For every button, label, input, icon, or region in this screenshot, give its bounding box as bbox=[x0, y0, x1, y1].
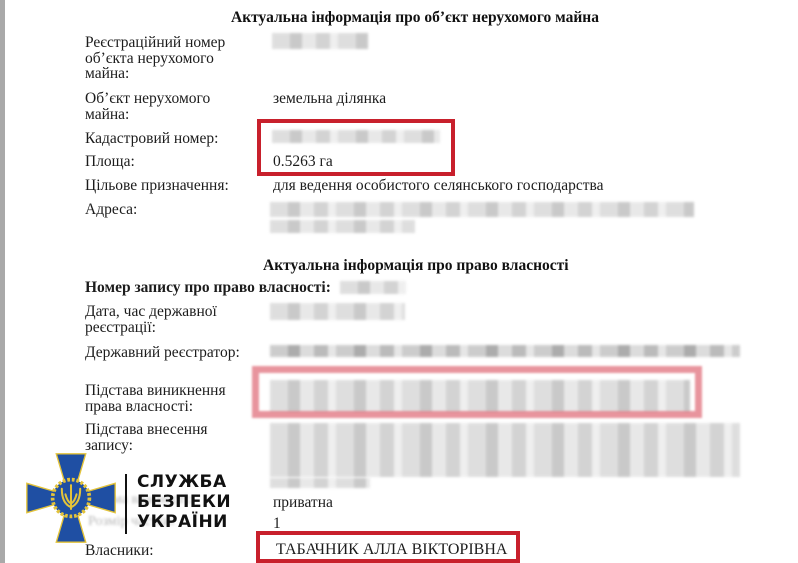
label-cadastral-number: Кадастровий номер: bbox=[85, 131, 218, 146]
value-owner: ТАБАЧНИК АЛЛА ВІКТОРІВНА bbox=[276, 542, 507, 557]
label-record-number: Номер запису про право власності: bbox=[85, 280, 331, 295]
entry-basis-redacted-tail bbox=[270, 478, 370, 488]
entry-basis-redacted bbox=[270, 423, 740, 477]
value-share-size: 1 bbox=[273, 516, 281, 531]
value-ownership-form: приватна bbox=[273, 495, 333, 510]
address-redacted-line1 bbox=[270, 202, 694, 217]
label-purpose: Цільове призначення: bbox=[85, 178, 229, 193]
label-ownership-basis: Підстава виникнення права власності: bbox=[85, 383, 255, 414]
label-registrar: Державний реєстратор: bbox=[85, 345, 240, 360]
label-property-object: Об’єкт нерухомого майна: bbox=[85, 91, 255, 122]
label-registration-number: Реєстраційний номер об’єкта нерухомого м… bbox=[85, 35, 255, 82]
registration-date-redacted bbox=[270, 303, 405, 320]
page-left-border bbox=[0, 0, 5, 563]
registration-number-redacted bbox=[272, 33, 368, 49]
value-purpose: для ведення особистого селянського госпо… bbox=[273, 178, 604, 193]
label-address: Адреса: bbox=[85, 202, 137, 217]
registrar-redacted bbox=[270, 345, 740, 357]
value-property-object: земельна ділянка bbox=[273, 91, 386, 106]
logo-divider bbox=[125, 474, 127, 534]
label-registration-date: Дата, час державної реєстрації: bbox=[85, 304, 255, 335]
logo-line-2: БЕЗПЕКИ bbox=[137, 492, 231, 512]
highlight-cadastral-area bbox=[257, 119, 455, 176]
logo-text: СЛУЖБА БЕЗПЕКИ УКРАЇНИ bbox=[137, 472, 231, 532]
logo-line-1: СЛУЖБА bbox=[137, 472, 231, 492]
sbu-logo: СЛУЖБА БЕЗПЕКИ УКРАЇНИ bbox=[25, 452, 235, 557]
ownership-section-heading: Актуальна інформація про право власності bbox=[263, 257, 569, 275]
highlight-ownership-basis bbox=[252, 366, 702, 418]
record-number-redacted bbox=[340, 281, 406, 294]
logo-line-3: УКРАЇНИ bbox=[137, 512, 231, 532]
property-section-heading: Актуальна інформація про об’єкт нерухомо… bbox=[231, 9, 599, 27]
label-area: Площа: bbox=[85, 154, 135, 169]
address-redacted-line2 bbox=[270, 220, 415, 233]
sbu-emblem-icon bbox=[25, 452, 117, 544]
label-entry-basis: Підстава внесення запису: bbox=[85, 422, 255, 453]
